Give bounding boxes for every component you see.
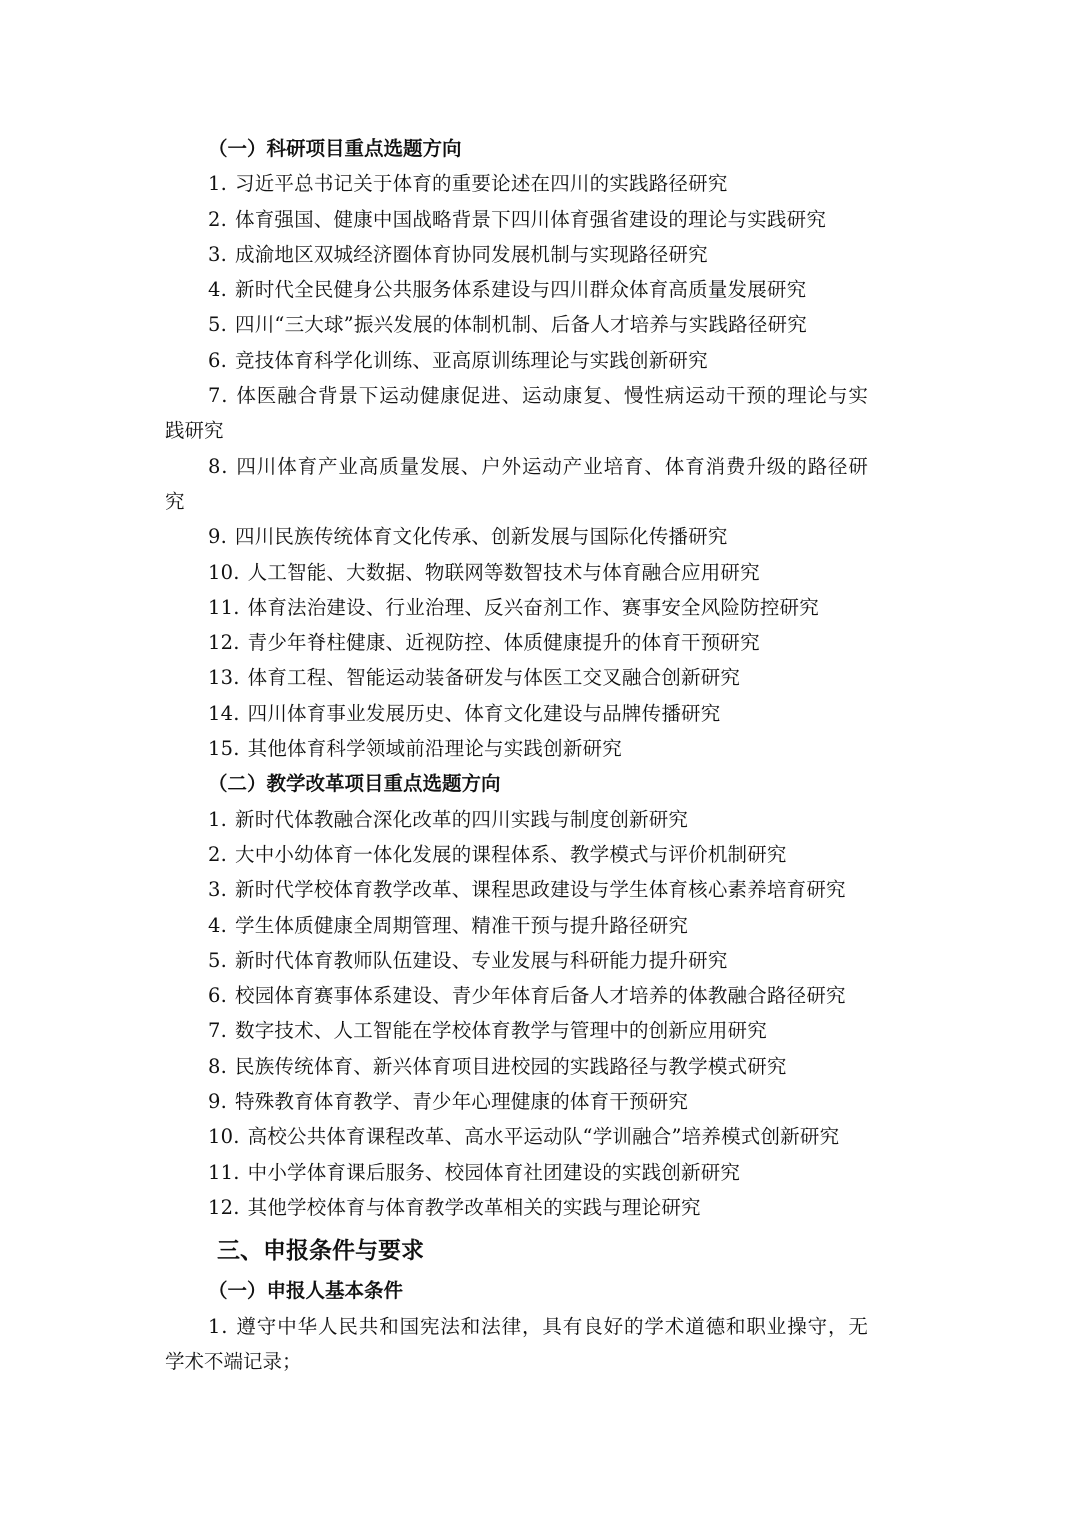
research-topic-item: 10.人工智能、大数据、物联网等数智技术与体育融合应用研究 xyxy=(165,555,910,590)
teaching-topic-item: 5.新时代体育教师队伍建设、专业发展与科研能力提升研究 xyxy=(165,943,910,978)
item-number: 6. xyxy=(208,349,227,372)
item-number: 12. xyxy=(208,631,240,654)
research-topics-heading: （一）科研项目重点选题方向 xyxy=(165,131,910,166)
item-text: 新时代学校体育教学改革、课程思政建设与学生体育核心素养培育研究 xyxy=(235,878,846,901)
item-text-line1: 体医融合背景下运动健康促进、运动康复、慢性病运动干预的理论与实 xyxy=(236,384,868,407)
research-topic-item: 2.体育强国、健康中国战略背景下四川体育强省建设的理论与实践研究 xyxy=(165,202,910,237)
item-text: 特殊教育体育教学、青少年心理健康的体育干预研究 xyxy=(235,1090,688,1113)
item-number: 5. xyxy=(208,949,227,972)
applicant-basic-conditions-heading: （一）申报人基本条件 xyxy=(165,1273,910,1308)
item-text: 成渝地区双城经济圈体育协同发展机制与实现路径研究 xyxy=(235,243,708,266)
item-number: 3. xyxy=(208,878,227,901)
teaching-topic-item: 11.中小学体育课后服务、校园体育社团建设的实践创新研究 xyxy=(165,1155,910,1190)
research-topic-item: 6.竞技体育科学化训练、亚高原训练理论与实践创新研究 xyxy=(165,343,910,378)
item-number: 8. xyxy=(208,1055,227,1078)
research-topic-item-wrapped: 8.四川体育产业高质量发展、户外运动产业培育、体育消费升级的路径研 究 xyxy=(165,449,910,520)
item-number: 1. xyxy=(208,1315,228,1338)
item-number: 13. xyxy=(208,666,240,689)
item-number: 7. xyxy=(208,1019,227,1042)
item-text-line2: 学术不端记录； xyxy=(165,1344,910,1379)
teaching-topic-item: 4.学生体质健康全周期管理、精准干预与提升路径研究 xyxy=(165,908,910,943)
item-text: 体育法治建设、行业治理、反兴奋剂工作、赛事安全风险防控研究 xyxy=(248,596,819,619)
research-topic-item: 14.四川体育事业发展历史、体育文化建设与品牌传播研究 xyxy=(165,696,910,731)
item-number: 9. xyxy=(208,1090,227,1113)
item-text: 四川体育事业发展历史、体育文化建设与品牌传播研究 xyxy=(248,702,721,725)
item-text: 其他体育科学领域前沿理论与实践创新研究 xyxy=(248,737,622,760)
item-number: 1. xyxy=(208,172,227,195)
item-number: 11. xyxy=(208,1161,240,1184)
research-topic-item: 12.青少年脊柱健康、近视防控、体质健康提升的体育干预研究 xyxy=(165,625,910,660)
item-text-line1: 四川体育产业高质量发展、户外运动产业培育、体育消费升级的路径研 xyxy=(236,455,868,478)
item-text: 新时代体教融合深化改革的四川实践与制度创新研究 xyxy=(235,808,688,831)
teaching-topic-item: 6.校园体育赛事体系建设、青少年体育后备人才培养的体教融合路径研究 xyxy=(165,978,910,1013)
teaching-topic-item: 9.特殊教育体育教学、青少年心理健康的体育干预研究 xyxy=(165,1084,910,1119)
teaching-reform-topics-heading: （二）教学改革项目重点选题方向 xyxy=(165,766,910,801)
item-number: 10. xyxy=(208,561,240,584)
item-number: 15. xyxy=(208,737,240,760)
item-number: 12. xyxy=(208,1196,240,1219)
item-text: 新时代全民健身公共服务体系建设与四川群众体育高质量发展研究 xyxy=(235,278,806,301)
item-text: 习近平总书记关于体育的重要论述在四川的实践路径研究 xyxy=(235,172,728,195)
item-text: 体育强国、健康中国战略背景下四川体育强省建设的理论与实践研究 xyxy=(235,208,826,231)
teaching-topic-item: 1.新时代体教融合深化改革的四川实践与制度创新研究 xyxy=(165,802,910,837)
item-number: 5. xyxy=(208,313,227,336)
item-number: 8. xyxy=(208,455,228,478)
research-topic-item: 13.体育工程、智能运动装备研发与体医工交叉融合创新研究 xyxy=(165,660,910,695)
item-text: 高校公共体育课程改革、高水平运动队“学训融合”培养模式创新研究 xyxy=(248,1125,840,1148)
item-text: 体育工程、智能运动装备研发与体医工交叉融合创新研究 xyxy=(248,666,741,689)
teaching-topic-item: 7.数字技术、人工智能在学校体育教学与管理中的创新应用研究 xyxy=(165,1013,910,1048)
document-page: （一）科研项目重点选题方向 1.习近平总书记关于体育的重要论述在四川的实践路径研… xyxy=(165,131,910,1379)
teaching-topic-item: 10.高校公共体育课程改革、高水平运动队“学训融合”培养模式创新研究 xyxy=(165,1119,910,1154)
item-number: 2. xyxy=(208,208,227,231)
item-number: 10. xyxy=(208,1125,240,1148)
item-number: 11. xyxy=(208,596,240,619)
item-text: 其他学校体育与体育教学改革相关的实践与理论研究 xyxy=(248,1196,701,1219)
item-text: 数字技术、人工智能在学校体育教学与管理中的创新应用研究 xyxy=(235,1019,767,1042)
teaching-topic-item: 12.其他学校体育与体育教学改革相关的实践与理论研究 xyxy=(165,1190,910,1225)
item-text: 四川民族传统体育文化传承、创新发展与国际化传播研究 xyxy=(235,525,728,548)
research-topic-item: 9.四川民族传统体育文化传承、创新发展与国际化传播研究 xyxy=(165,519,910,554)
teaching-topic-item: 8.民族传统体育、新兴体育项目进校园的实践路径与教学模式研究 xyxy=(165,1049,910,1084)
research-topic-item: 4.新时代全民健身公共服务体系建设与四川群众体育高质量发展研究 xyxy=(165,272,910,307)
teaching-topic-item: 2.大中小幼体育一体化发展的课程体系、教学模式与评价机制研究 xyxy=(165,837,910,872)
item-text-line2: 究 xyxy=(165,484,910,519)
research-topic-item: 1.习近平总书记关于体育的重要论述在四川的实践路径研究 xyxy=(165,166,910,201)
teaching-topic-item: 3.新时代学校体育教学改革、课程思政建设与学生体育核心素养培育研究 xyxy=(165,872,910,907)
research-topic-item: 3.成渝地区双城经济圈体育协同发展机制与实现路径研究 xyxy=(165,237,910,272)
item-number: 1. xyxy=(208,808,227,831)
condition-item-wrapped: 1.遵守中华人民共和国宪法和法律，具有良好的学术道德和职业操守，无 学术不端记录… xyxy=(165,1309,910,1380)
item-text: 大中小幼体育一体化发展的课程体系、教学模式与评价机制研究 xyxy=(235,843,787,866)
item-number: 14. xyxy=(208,702,240,725)
item-text: 校园体育赛事体系建设、青少年体育后备人才培养的体教融合路径研究 xyxy=(235,984,846,1007)
item-text: 四川“三大球”振兴发展的体制机制、后备人才培养与实践路径研究 xyxy=(235,313,807,336)
item-number: 3. xyxy=(208,243,227,266)
item-text: 学生体质健康全周期管理、精准干预与提升路径研究 xyxy=(235,914,688,937)
research-topic-item-wrapped: 7.体医融合背景下运动健康促进、运动康复、慢性病运动干预的理论与实 践研究 xyxy=(165,378,910,449)
item-number: 4. xyxy=(208,278,227,301)
research-topic-item: 15.其他体育科学领域前沿理论与实践创新研究 xyxy=(165,731,910,766)
application-requirements-heading: 三、申报条件与要求 xyxy=(165,1229,910,1273)
item-number: 9. xyxy=(208,525,227,548)
research-topic-item: 11.体育法治建设、行业治理、反兴奋剂工作、赛事安全风险防控研究 xyxy=(165,590,910,625)
item-text: 竞技体育科学化训练、亚高原训练理论与实践创新研究 xyxy=(235,349,708,372)
item-text-line1: 遵守中华人民共和国宪法和法律，具有良好的学术道德和职业操守，无 xyxy=(236,1315,868,1338)
research-topic-item: 5.四川“三大球”振兴发展的体制机制、后备人才培养与实践路径研究 xyxy=(165,307,910,342)
item-text: 民族传统体育、新兴体育项目进校园的实践路径与教学模式研究 xyxy=(235,1055,787,1078)
item-text-line2: 践研究 xyxy=(165,413,910,448)
item-text: 中小学体育课后服务、校园体育社团建设的实践创新研究 xyxy=(248,1161,741,1184)
item-text: 人工智能、大数据、物联网等数智技术与体育融合应用研究 xyxy=(248,561,760,584)
item-text: 新时代体育教师队伍建设、专业发展与科研能力提升研究 xyxy=(235,949,728,972)
item-number: 7. xyxy=(208,384,228,407)
item-number: 6. xyxy=(208,984,227,1007)
item-text: 青少年脊柱健康、近视防控、体质健康提升的体育干预研究 xyxy=(248,631,760,654)
item-number: 2. xyxy=(208,843,227,866)
item-number: 4. xyxy=(208,914,227,937)
